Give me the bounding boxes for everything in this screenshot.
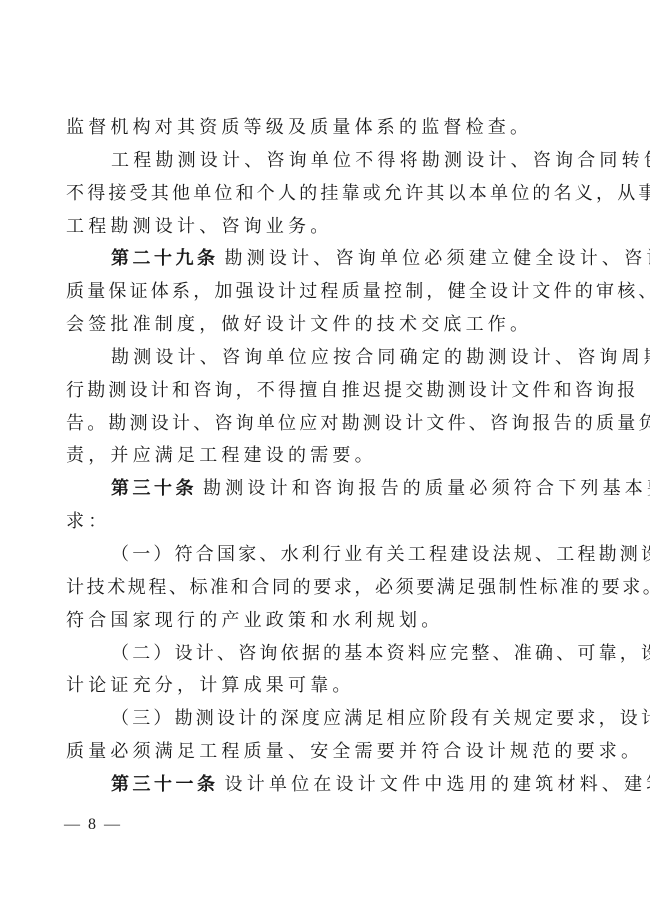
line-text: 计论证充分，计算成果可靠。: [66, 675, 355, 696]
paragraph-start: 勘测设计、咨询单位应按合同确定的勘测设计、咨询周期进: [66, 342, 542, 375]
line-text: 工程勘测设计、咨询单位不得将勘测设计、咨询合同转包，: [111, 150, 650, 171]
line-text: 会签批准制度，做好设计文件的技术交底工作。: [66, 314, 532, 335]
line-text: 勘测设计和咨询报告的质量必须符合下列基本要: [203, 478, 650, 499]
line-text: 告。勘测设计、咨询单位应对勘测设计文件、咨询报告的质量负: [66, 413, 650, 434]
article-label: 第三十一条: [111, 774, 219, 795]
line-text: 质量保证体系，加强设计过程质量控制，健全设计文件的审核、: [66, 281, 650, 302]
document-body: 监督机构对其资质等级及质量体系的监督检查。 工程勘测设计、咨询单位不得将勘测设计…: [66, 112, 542, 802]
line-text: 勘测设计、咨询单位应按合同确定的勘测设计、咨询周期进: [111, 347, 650, 368]
line-text: 符合国家现行的产业政策和水利规划。: [66, 610, 443, 631]
list-item-2: （二）设计、咨询依据的基本资料应完整、准确、可靠，设: [66, 638, 542, 671]
line-text: 行勘测设计和咨询，不得擅自推迟提交勘测设计文件和咨询报: [66, 380, 638, 401]
text-line: 不得接受其他单位和个人的挂靠或允许其以本单位的名义，从事: [66, 178, 542, 211]
article-30-heading-line: 第三十条勘测设计和咨询报告的质量必须符合下列基本要: [66, 473, 542, 506]
list-item-3: （三）勘测设计的深度应满足相应阶段有关规定要求，设计: [66, 703, 542, 736]
document-page: 监督机构对其资质等级及质量体系的监督检查。 工程勘测设计、咨询单位不得将勘测设计…: [0, 0, 650, 918]
text-line: 责，并应满足工程建设的需要。: [66, 440, 542, 473]
line-text: 质量必须满足工程质量、安全需要并符合设计规范的要求。: [66, 741, 643, 762]
line-text: （三）勘测设计的深度应满足相应阶段有关规定要求，设计: [111, 708, 650, 729]
article-31-heading-line: 第三十一条设计单位在设计文件中选用的建筑材料、建筑: [66, 769, 542, 802]
line-text: 设计单位在设计文件中选用的建筑材料、建筑: [225, 774, 650, 795]
text-line: 质量保证体系，加强设计过程质量控制，健全设计文件的审核、: [66, 276, 542, 309]
article-label: 第二十九条: [111, 248, 219, 269]
paragraph-start: 工程勘测设计、咨询单位不得将勘测设计、咨询合同转包，: [66, 145, 542, 178]
text-line: 监督机构对其资质等级及质量体系的监督检查。: [66, 112, 542, 145]
line-text: 责，并应满足工程建设的需要。: [66, 445, 377, 466]
page-number: — 8 —: [64, 813, 122, 837]
text-line: 质量必须满足工程质量、安全需要并符合设计规范的要求。: [66, 736, 542, 769]
text-line: 告。勘测设计、咨询单位应对勘测设计文件、咨询报告的质量负: [66, 408, 542, 441]
text-line: 会签批准制度，做好设计文件的技术交底工作。: [66, 309, 542, 342]
line-text: 计技术规程、标准和合同的要求，必须要满足强制性标准的要求。: [66, 577, 650, 598]
text-line: 计技术规程、标准和合同的要求，必须要满足强制性标准的要求。: [66, 572, 542, 605]
line-text: （一）符合国家、水利行业有关工程建设法规、工程勘测设: [111, 544, 650, 565]
text-line: 行勘测设计和咨询，不得擅自推迟提交勘测设计文件和咨询报: [66, 375, 542, 408]
article-label: 第三十条: [111, 478, 197, 499]
text-line: 求：: [66, 506, 542, 539]
text-line: 计论证充分，计算成果可靠。: [66, 670, 542, 703]
line-text: 不得接受其他单位和个人的挂靠或允许其以本单位的名义，从事: [66, 183, 650, 204]
line-text: （二）设计、咨询依据的基本资料应完整、准确、可靠，设: [111, 643, 650, 664]
list-item-1: （一）符合国家、水利行业有关工程建设法规、工程勘测设: [66, 539, 542, 572]
line-text: 监督机构对其资质等级及质量体系的监督检查。: [66, 117, 532, 138]
text-line: 工程勘测设计、咨询业务。: [66, 211, 542, 244]
line-text: 求：: [66, 511, 110, 532]
line-text: 勘测设计、咨询单位必须建立健全设计、咨询: [225, 248, 650, 269]
line-text: 工程勘测设计、咨询业务。: [66, 216, 332, 237]
article-29-heading-line: 第二十九条勘测设计、咨询单位必须建立健全设计、咨询: [66, 243, 542, 276]
text-line: 符合国家现行的产业政策和水利规划。: [66, 605, 542, 638]
